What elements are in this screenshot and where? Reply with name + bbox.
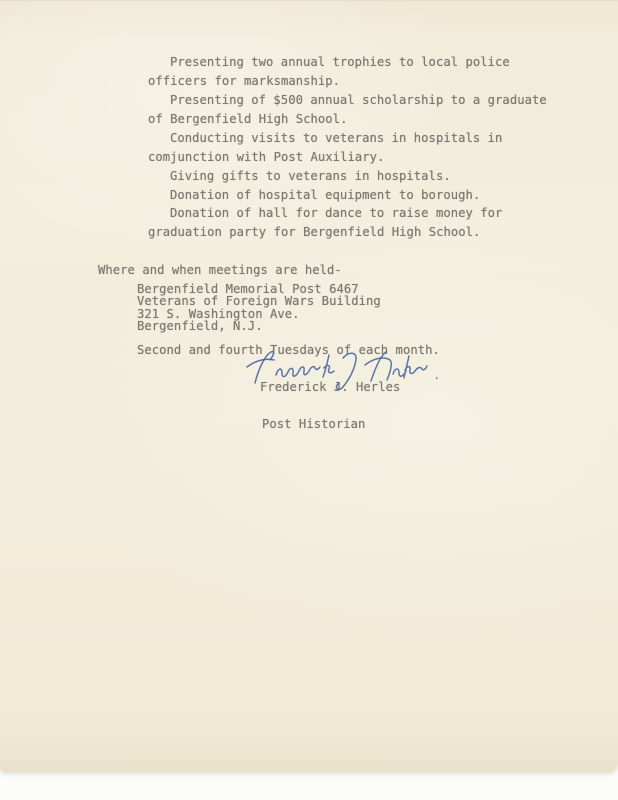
typed-line: Presenting of $500 annual scholarship to… [170,94,547,107]
handwritten-signature [243,347,441,395]
typed-line: Conducting visits to veterans in hospita… [170,132,502,145]
typed-line: Post Historian [262,418,365,431]
signature-ink-icon [243,347,441,395]
typed-line: Presenting two annual trophies to local … [170,56,510,69]
typed-line: Where and when meetings are held- [98,264,342,277]
typed-line: comjunction with Post Auxiliary. [148,151,384,164]
scanned-document: Presenting two annual trophies to local … [0,0,618,800]
typed-line: Giving gifts to veterans in hospitals. [170,170,451,183]
typed-line: of Bergenfield High School. [148,113,347,126]
typed-line: graduation party for Bergenfield High Sc… [148,226,480,239]
typed-line: officers for marksmanship. [148,75,340,88]
paper-sheet: Presenting two annual trophies to local … [0,0,618,772]
typed-line: Donation of hall for dance to raise mone… [170,207,502,220]
typed-line: Bergenfield, N.J. [137,320,263,333]
typed-line: Donation of hospital equipment to boroug… [170,189,480,202]
